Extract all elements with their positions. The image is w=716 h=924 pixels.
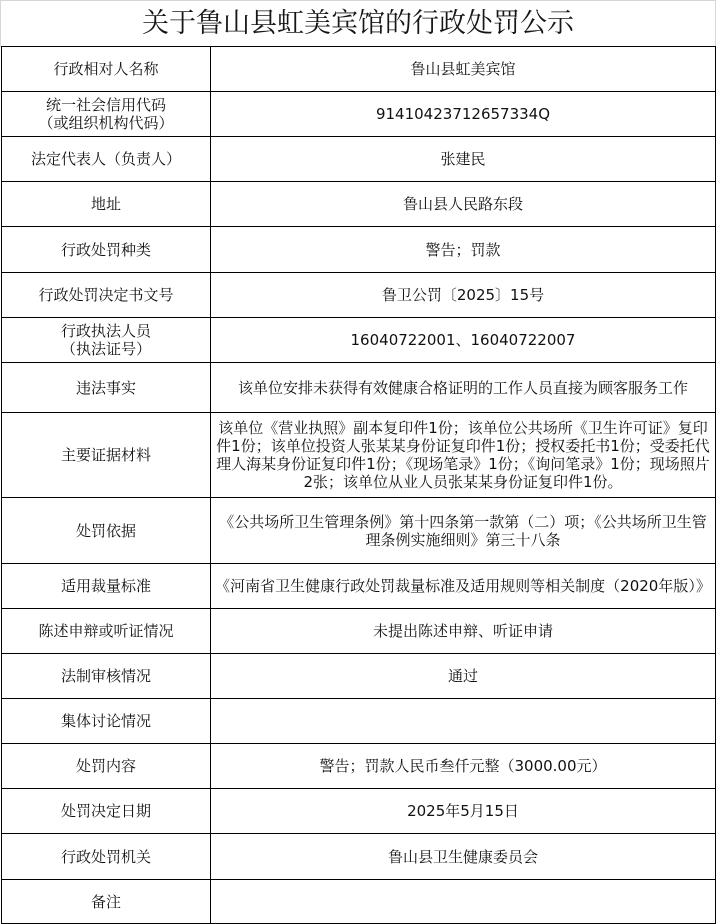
- row-address: 地址 鲁山县人民路东段: [2, 182, 716, 227]
- row-value: 16040722001、16040722007: [211, 318, 716, 363]
- row-label: 行政相对人名称: [2, 47, 211, 92]
- row-value: 张建民: [211, 137, 716, 182]
- row-value: 未提出陈述申辩、听证申请: [211, 609, 716, 654]
- row-label: 统一社会信用代码 （或组织机构代码）: [2, 92, 211, 137]
- row-value: 通过: [211, 654, 716, 699]
- row-value: 该单位《营业执照》副本复印件1份；该单位公共场所《卫生许可证》复印件1份；该单位…: [211, 413, 716, 498]
- row-value: 鲁山县虹美宾馆: [211, 47, 716, 92]
- row-value: 《河南省卫生健康行政处罚裁量标准及适用规则等相关制度（2020年版）》: [211, 564, 716, 609]
- row-legal-review: 法制审核情况 通过: [2, 654, 716, 699]
- row-collective-discussion: 集体讨论情况: [2, 699, 716, 744]
- row-legal-representative: 法定代表人（负责人） 张建民: [2, 137, 716, 182]
- row-value: 警告；罚款人民币叁仟元整（3000.00元）: [211, 744, 716, 789]
- row-violation-facts: 违法事实 该单位安排未获得有效健康合格证明的工作人员直接为顾客服务工作: [2, 363, 716, 413]
- row-remarks: 备注: [2, 880, 716, 924]
- row-value: 2025年5月15日: [211, 789, 716, 834]
- row-label: 法定代表人（负责人）: [2, 137, 211, 182]
- row-label: 处罚决定日期: [2, 789, 211, 834]
- row-decision-date: 处罚决定日期 2025年5月15日: [2, 789, 716, 834]
- row-value: 鲁山县人民路东段: [211, 182, 716, 227]
- page-title: 关于鲁山县虹美宾馆的行政处罚公示: [0, 0, 716, 47]
- row-value: 鲁山县卫生健康委员会: [211, 834, 716, 880]
- row-penalty-type: 行政处罚种类 警告；罚款: [2, 227, 716, 273]
- penalty-notice-table: 行政相对人名称 鲁山县虹美宾馆 统一社会信用代码 （或组织机构代码） 91410…: [1, 46, 716, 924]
- row-label: 违法事实: [2, 363, 211, 413]
- row-enforcement-officers: 行政执法人员 （执法证号） 16040722001、16040722007: [2, 318, 716, 363]
- row-label: 行政处罚机关: [2, 834, 211, 880]
- row-label: 行政执法人员 （执法证号）: [2, 318, 211, 363]
- row-value: [211, 699, 716, 744]
- row-penalty-authority: 行政处罚机关 鲁山县卫生健康委员会: [2, 834, 716, 880]
- row-evidence: 主要证据材料 该单位《营业执照》副本复印件1份；该单位公共场所《卫生许可证》复印…: [2, 413, 716, 498]
- row-value: 该单位安排未获得有效健康合格证明的工作人员直接为顾客服务工作: [211, 363, 716, 413]
- row-discretion-standard: 适用裁量标准 《河南省卫生健康行政处罚裁量标准及适用规则等相关制度（2020年版…: [2, 564, 716, 609]
- row-label: 备注: [2, 880, 211, 924]
- row-credit-code: 统一社会信用代码 （或组织机构代码） 91410423712657334Q: [2, 92, 716, 137]
- row-defense-hearing: 陈述申辩或听证情况 未提出陈述申辩、听证申请: [2, 609, 716, 654]
- row-label: 行政处罚种类: [2, 227, 211, 273]
- row-value: 警告；罚款: [211, 227, 716, 273]
- row-value: 91410423712657334Q: [211, 92, 716, 137]
- row-penalty-content: 处罚内容 警告；罚款人民币叁仟元整（3000.00元）: [2, 744, 716, 789]
- row-legal-basis: 处罚依据 《公共场所卫生管理条例》第十四条第一款第（二）项；《公共场所卫生管理条…: [2, 498, 716, 564]
- row-label: 陈述申辩或听证情况: [2, 609, 211, 654]
- row-label: 处罚内容: [2, 744, 211, 789]
- row-label: 地址: [2, 182, 211, 227]
- row-label: 行政处罚决定书文号: [2, 273, 211, 318]
- row-value: 鲁卫公罚〔2025〕15号: [211, 273, 716, 318]
- row-label: 集体讨论情况: [2, 699, 211, 744]
- row-label: 适用裁量标准: [2, 564, 211, 609]
- row-value: 《公共场所卫生管理条例》第十四条第一款第（二）项；《公共场所卫生管理条例实施细则…: [211, 498, 716, 564]
- row-label: 主要证据材料: [2, 413, 211, 498]
- row-label: 处罚依据: [2, 498, 211, 564]
- row-label: 法制审核情况: [2, 654, 211, 699]
- row-party-name: 行政相对人名称 鲁山县虹美宾馆: [2, 47, 716, 92]
- row-value: [211, 880, 716, 924]
- row-decision-number: 行政处罚决定书文号 鲁卫公罚〔2025〕15号: [2, 273, 716, 318]
